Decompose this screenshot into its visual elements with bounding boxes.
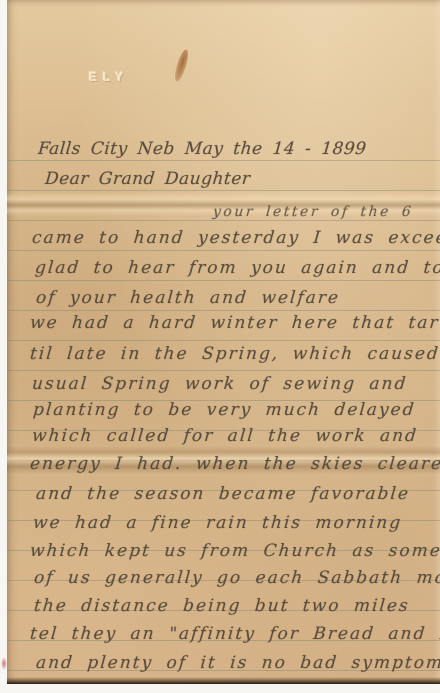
letter-line: of your health and welfare: [35, 288, 341, 308]
embossed-stamp: ELY: [89, 70, 129, 84]
letter-line: til late in the Spring, which caused the: [29, 344, 440, 364]
letter-line: which kept us from Church as some: [29, 541, 440, 561]
letter-line: came to hand yesterday I was exceeding: [31, 228, 440, 248]
letter-dateline: Falls City Neb May the 14 - 1899: [37, 139, 367, 159]
letter-line: and the season became favorable: [35, 484, 411, 504]
letter-line: we had a hard winter here that tarried: [29, 313, 440, 333]
letter-line: and plenty of it is no bad symptom: [35, 653, 440, 673]
red-mark: [1, 657, 7, 670]
letter-scan: ELY Falls City Neb May the 14 - 1899 Dea…: [0, 0, 440, 693]
letter-line: planting to be very much delayed: [32, 400, 416, 420]
letter-line: of us generally go each Sabbath morning: [33, 568, 440, 588]
rust-stain: [172, 48, 190, 82]
letter-line: usual Spring work of sewing and: [31, 374, 408, 394]
letter-line: your letter of the 6: [212, 204, 414, 220]
paper-bottom-edge: [7, 677, 440, 684]
letter-salutation: Dear Grand Daughter: [44, 169, 251, 189]
letter-paper: ELY Falls City Neb May the 14 - 1899 Dea…: [7, 0, 440, 684]
letter-line: which called for all the work and: [31, 426, 419, 446]
letter-line: energy I had. when the skies cleared: [29, 454, 440, 474]
letter-line: the distance being but two miles: [33, 596, 410, 616]
letter-line: glad to hear from you again and to learn: [34, 258, 440, 278]
letter-line: we had a fine rain this morning: [32, 513, 403, 533]
letter-line: tel they an "affinity for Bread and Butt…: [29, 624, 440, 644]
